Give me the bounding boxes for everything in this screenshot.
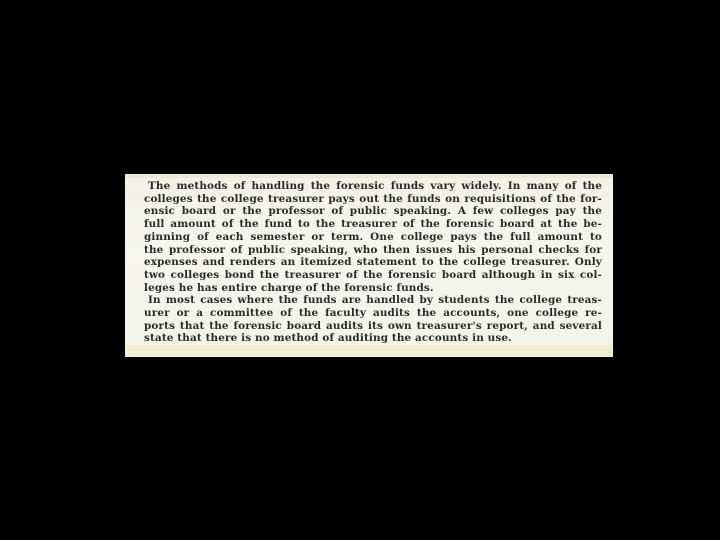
- excerpt-body: The methods of handling the forensic fun…: [144, 180, 602, 345]
- text-line: ensic board or the professor of public s…: [144, 205, 602, 218]
- text-line: the professor of public speaking, who th…: [144, 244, 602, 257]
- text-line: ginning of each semester or term. One co…: [144, 231, 602, 244]
- paragraph-1: The methods of handling the forensic fun…: [144, 180, 602, 294]
- paper-bottom-edge: [125, 345, 613, 357]
- text-line: In most cases where the funds are handle…: [144, 294, 602, 307]
- text-line: state that there is no method of auditin…: [144, 332, 602, 345]
- paper-top-edge: [125, 174, 613, 178]
- text-line: expenses and renders an itemized stateme…: [144, 256, 602, 269]
- text-line: The methods of handling the forensic fun…: [144, 180, 602, 193]
- scanned-text-excerpt: The methods of handling the forensic fun…: [125, 174, 613, 357]
- text-line: full amount of the fund to the treasurer…: [144, 218, 602, 231]
- text-line: ports that the forensic board audits its…: [144, 320, 602, 333]
- text-line: colleges the college treasurer pays out …: [144, 193, 602, 206]
- text-line: two colleges bond the treasurer of the f…: [144, 269, 602, 282]
- paragraph-2: In most cases where the funds are handle…: [144, 294, 602, 345]
- text-line: urer or a committee of the faculty audit…: [144, 307, 602, 320]
- text-line: leges he has entire charge of the forens…: [144, 282, 602, 295]
